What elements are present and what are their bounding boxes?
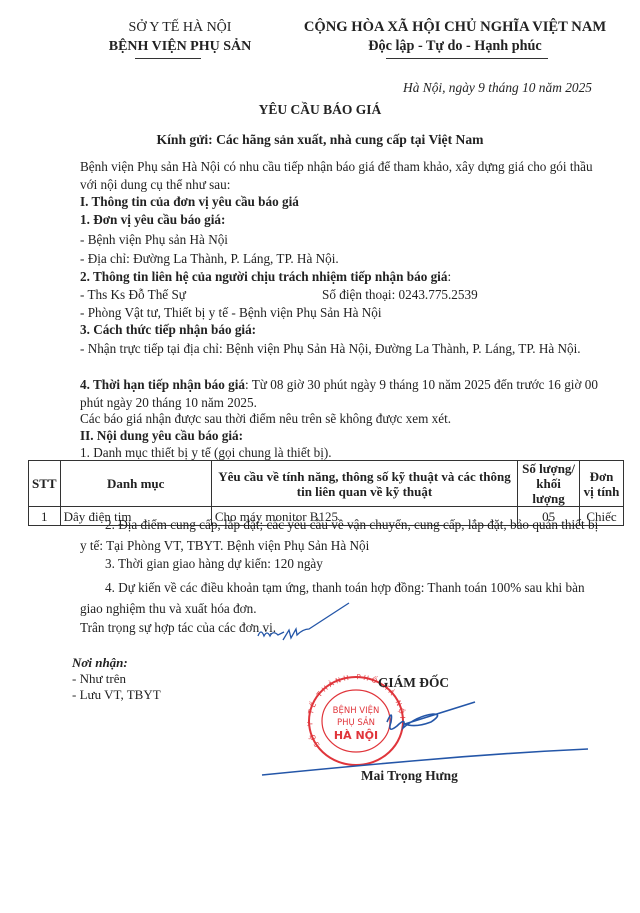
deadline-paragraph: 4. Thời hạn tiếp nhận báo giá: Từ 08 giờ… (80, 376, 600, 411)
contact-name: - Ths Ks Đỗ Thế Sự (80, 287, 186, 303)
motto: Độc lập - Tự do - Hạnh phúc (285, 37, 625, 56)
recipients-heading: Nơi nhận: (72, 655, 161, 671)
stamp-line-2: PHỤ SẢN (337, 716, 375, 728)
national-heading: CỘNG HÒA XÃ HỘI CHỦ NGHĨA VIỆT NAM Độc l… (285, 18, 625, 59)
delivery-time: 3. Thời gian giao hàng dự kiến: 120 ngày (105, 556, 323, 572)
recipient-item: - Như trên (72, 671, 161, 687)
receipt-method: - Nhận trực tiếp tại địa chỉ: Bệnh viện … (80, 340, 600, 358)
org-parent: SỞ Y TẾ HÀ NỘI (60, 18, 300, 37)
requester-name: - Bệnh viện Phụ sản Hà Nội (80, 232, 228, 248)
signer-title: GIÁM ĐỐC (378, 675, 449, 691)
requester-address: - Địa chỉ: Đường La Thành, P. Láng, TP. … (80, 251, 339, 267)
intro-paragraph: Bệnh viện Phụ sản Hà Nội có nhu cầu tiếp… (80, 158, 600, 193)
recipient-item: - Lưu VT, TBYT (72, 687, 161, 703)
section1-heading: I. Thông tin của đơn vị yêu cầu báo giá (80, 194, 299, 210)
document-title: YÊU CẦU BÁO GIÁ (0, 102, 640, 118)
col-header-quantity: Số lượng/ khối lượng (518, 461, 580, 507)
section1-sub3-heading: 3. Cách thức tiếp nhận báo giá: (80, 322, 256, 338)
stamp-line-1: BỆNH VIỆN (333, 704, 380, 716)
org-name: BỆNH VIỆN PHỤ SẢN (60, 37, 300, 56)
payment-terms: 4. Dự kiến về các điều khoản tạm ứng, th… (80, 577, 605, 619)
table-header-row: STT Danh mục Yêu cầu về tính năng, thông… (29, 461, 624, 507)
issuing-org: SỞ Y TẾ HÀ NỘI BỆNH VIỆN PHỤ SẢN (60, 18, 300, 59)
equipment-list-label: 1. Danh mục thiết bị y tế (gọi chung là … (80, 445, 332, 461)
section2-heading: II. Nội dung yêu cầu báo giá: (80, 428, 243, 444)
cell-stt: 1 (29, 507, 61, 526)
col-header-stt: STT (29, 461, 61, 507)
contact-department: - Phòng Vật tư, Thiết bị y tế - Bệnh việ… (80, 305, 382, 321)
header-rule-left (135, 58, 201, 59)
closing-line: Trân trọng sự hợp tác của các đơn vị. (80, 620, 276, 636)
col-header-unit: Đơn vị tính (580, 461, 624, 507)
addressee: Kính gửi: Các hãng sản xuất, nhà cung cấ… (0, 132, 640, 148)
stamp-line-3: HÀ NỘI (334, 729, 378, 742)
col-header-requirements: Yêu cầu về tính năng, thông số kỹ thuật … (211, 461, 517, 507)
contact-phone: Số điện thoại: 0243.775.2539 (322, 287, 478, 303)
deadline-note: Các báo giá nhận được sau thời điểm nêu … (80, 411, 451, 427)
section1-sub2-heading: 2. Thông tin liên hệ của người chịu trác… (80, 269, 451, 285)
delivery-location: 2. Địa điểm cung cấp, lắp đặt; các yêu c… (80, 514, 605, 556)
col-header-name: Danh mục (60, 461, 211, 507)
date-line: Hà Nội, ngày 9 tháng 10 năm 2025 (403, 80, 592, 96)
recipients-block: Nơi nhận: - Như trên - Lưu VT, TBYT (72, 655, 161, 703)
country-name: CỘNG HÒA XÃ HỘI CHỦ NGHĨA VIỆT NAM (285, 18, 625, 37)
header-rule-right (386, 58, 548, 59)
section1-sub1-heading: 1. Đơn vị yêu cầu báo giá: (80, 212, 225, 228)
signer-name: Mai Trọng Hưng (361, 768, 458, 784)
